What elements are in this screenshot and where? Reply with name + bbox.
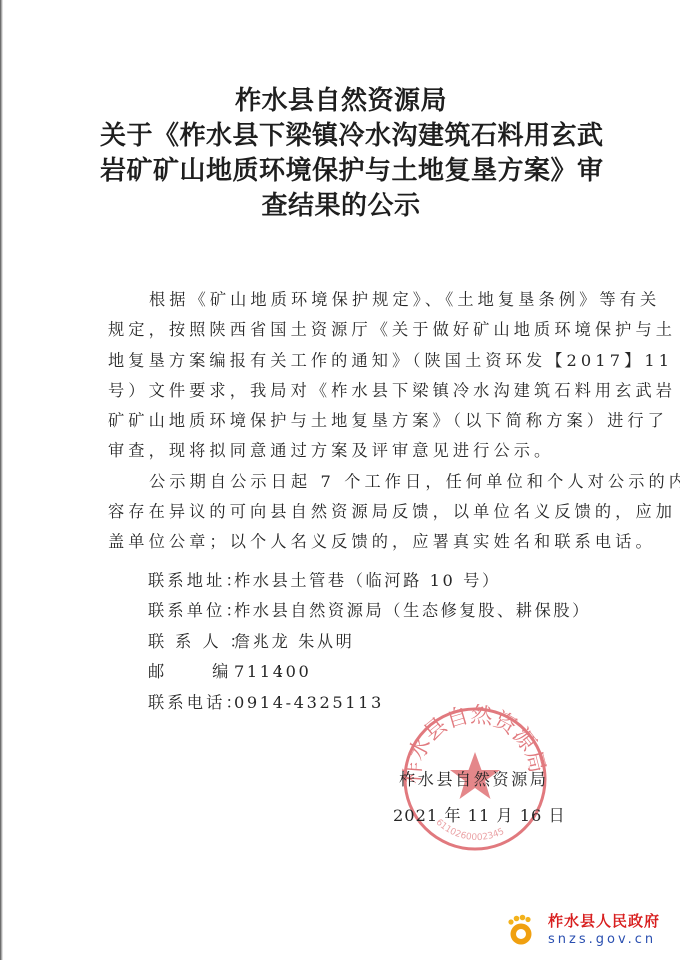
body-line: 公示期自公示日起 7 个工作日，任何单位和个人对公示的内 (108, 467, 582, 497)
document-body: 根据《矿山地质环境保护规定》、《土地复垦条例》等有关 规定，按照陕西省国土资源厅… (108, 285, 582, 558)
contact-address-row: 联系地址： 柞水县土管巷（临河路 10 号） (148, 566, 588, 596)
signature-block: 柞水县自然资源局 2021 年 11 月 16 日 (393, 762, 563, 834)
contact-unit-value: 柞水县自然资源局（生态修复股、耕保股） (234, 596, 591, 626)
body-line: 容存在异议的可向县自然资源局反馈，以单位名义反馈的，应加 (108, 497, 582, 527)
body-line: 地复垦方案编报有关工作的通知》（陕国土资环发【2017】11 (108, 346, 582, 376)
contact-phone-value: 0914-4325113 (234, 688, 384, 718)
contact-info: 联系地址： 柞水县土管巷（临河路 10 号） 联系单位： 柞水县自然资源局（生态… (148, 566, 588, 718)
body-line: 根据《矿山地质环境保护规定》、《土地复垦条例》等有关 (108, 285, 582, 315)
body-line: 审查，现将拟同意通过方案及评审意见进行公示。 (108, 436, 582, 466)
contact-postcode-label: 邮编： (148, 657, 234, 687)
paw-logo-icon (504, 912, 540, 948)
site-watermark: 柞水县人民政府 snzs.gov.cn (500, 906, 680, 954)
paragraph-basis: 根据《矿山地质环境保护规定》、《土地复垦条例》等有关 规定，按照陕西省国土资源厅… (108, 285, 582, 467)
body-line: 号）文件要求，我局对《柞水县下梁镇冷水沟建筑石料用玄武岩 (108, 376, 582, 406)
contact-person-value: 詹兆龙 朱从明 (234, 627, 354, 657)
watermark-domain: snzs.gov.cn (548, 931, 660, 949)
paragraph-publicity-period: 公示期自公示日起 7 个工作日，任何单位和个人对公示的内 容存在异议的可向县自然… (108, 467, 582, 558)
contact-postcode-value: 711400 (234, 657, 311, 687)
contact-unit-label: 联系单位： (148, 596, 234, 626)
signature-date: 2021 年 11 月 16 日 (393, 798, 563, 834)
title-line-2: 关于《柞水县下梁镇冷水沟建筑石料用玄武 (100, 119, 582, 154)
title-line-issuer: 柞水县自然资源局 (100, 84, 582, 119)
body-line: 矿矿山地质环境保护与土地复垦方案》（以下简称方案）进行了 (108, 406, 582, 436)
body-line: 盖单位公章；以个人名义反馈的，应署真实姓名和联系电话。 (108, 527, 582, 557)
contact-postcode-row: 邮编： 711400 (148, 657, 588, 687)
document-title: 柞水县自然资源局 关于《柞水县下梁镇冷水沟建筑石料用玄武 岩矿矿山地质环境保护与… (100, 84, 582, 224)
contact-address-value: 柞水县土管巷（临河路 10 号） (234, 566, 501, 596)
contact-unit-row: 联系单位： 柞水县自然资源局（生态修复股、耕保股） (148, 596, 588, 626)
contact-person-row: 联系人： 詹兆龙 朱从明 (148, 627, 588, 657)
body-line: 规定，按照陕西省国土资源厅《关于做好矿山地质环境保护与土 (108, 315, 582, 345)
title-line-3: 岩矿矿山地质环境保护与土地复垦方案》审 (100, 154, 582, 189)
signature-org: 柞水县自然资源局 (393, 762, 563, 798)
watermark-site-name: 柞水县人民政府 (548, 912, 660, 931)
contact-person-label: 联系人： (148, 627, 234, 657)
title-line-4: 查结果的公示 (100, 189, 582, 224)
contact-phone-label: 联系电话： (148, 688, 234, 718)
document-page: 柞水县自然资源局 关于《柞水县下梁镇冷水沟建筑石料用玄武 岩矿矿山地质环境保护与… (0, 0, 680, 960)
contact-address-label: 联系地址： (148, 566, 234, 596)
